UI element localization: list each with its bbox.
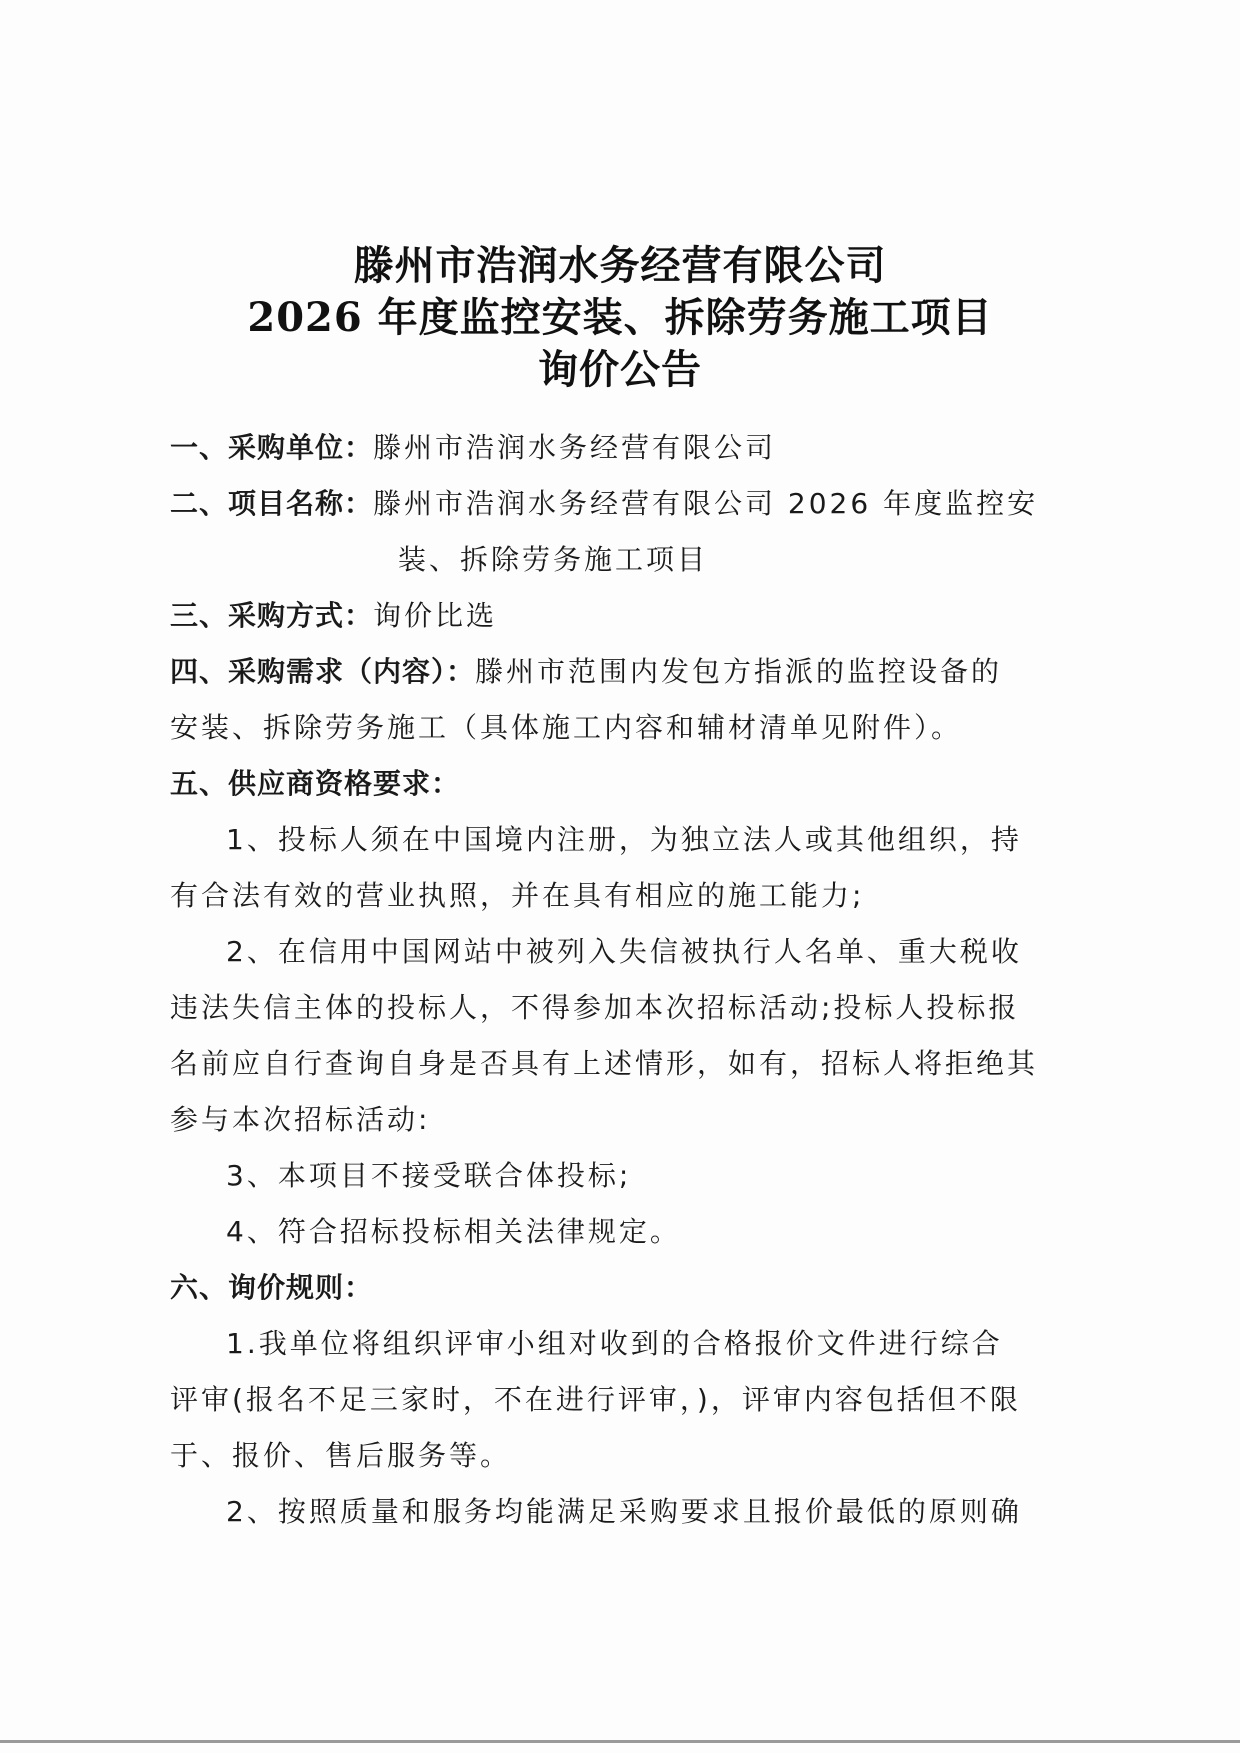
section-project-name: 二、项目名称：滕州市浩润水务经营有限公司 2026 年度监控安	[170, 476, 1070, 532]
section-heading-qualifications: 五、供应商资格要求：	[170, 756, 1070, 812]
section-heading-rules: 六、询价规则：	[170, 1260, 1070, 1316]
section-heading: 一、采购单位：	[170, 431, 373, 464]
section-text: 滕州市浩润水务经营有限公司	[373, 431, 776, 464]
list-item-continued: 名前应自行查询自身是否具有上述情形，如有，招标人将拒绝其	[170, 1036, 1070, 1092]
list-item: 2、按照质量和服务均能满足采购要求且报价最低的原则确	[170, 1484, 1070, 1540]
list-item: 1.我单位将组织评审小组对收到的合格报价文件进行综合	[170, 1316, 1070, 1372]
section-method: 三、采购方式：询价比选	[170, 588, 1070, 644]
list-item: 4、符合招标投标相关法律规定。	[170, 1204, 1070, 1260]
section-heading: 四、采购需求（内容）：	[170, 655, 475, 688]
list-item: 2、在信用中国网站中被列入失信被执行人名单、重大税收	[170, 924, 1070, 980]
section-heading: 三、采购方式：	[170, 599, 373, 632]
section-text: 滕州市浩润水务经营有限公司 2026 年度监控安	[373, 487, 1038, 520]
title-notice: 询价公告	[0, 344, 1240, 396]
section-heading: 二、项目名称：	[170, 487, 373, 520]
list-item-continued: 评审(报名不足三家时，不在进行评审，)，评审内容包括但不限	[170, 1372, 1070, 1428]
section-text: 询价比选	[373, 599, 497, 632]
section-text: 滕州市范围内发包方指派的监控设备的	[475, 655, 1002, 688]
list-item-continued: 于、报价、售后服务等。	[170, 1428, 1070, 1484]
list-item: 1、投标人须在中国境内注册，为独立法人或其他组织，持	[170, 812, 1070, 868]
list-item-continued: 违法失信主体的投标人，不得参加本次招标活动;投标人投标报	[170, 980, 1070, 1036]
section-purchaser: 一、采购单位：滕州市浩润水务经营有限公司	[170, 420, 1070, 476]
list-item-continued: 参与本次招标活动:	[170, 1092, 1070, 1148]
title-project: 2026 年度监控安装、拆除劳务施工项目	[0, 292, 1240, 344]
section-requirements: 四、采购需求（内容）：滕州市范围内发包方指派的监控设备的	[170, 644, 1070, 700]
document-title: 滕州市浩润水务经营有限公司 2026 年度监控安装、拆除劳务施工项目 询价公告	[0, 240, 1240, 396]
section-text-continued: 装、拆除劳务施工项目	[170, 532, 1070, 588]
document-body: 一、采购单位：滕州市浩润水务经营有限公司 二、项目名称：滕州市浩润水务经营有限公…	[170, 420, 1070, 1540]
section-text-continued: 安装、拆除劳务施工（具体施工内容和辅材清单见附件）。	[170, 700, 1070, 756]
list-item-continued: 有合法有效的营业执照，并在具有相应的施工能力;	[170, 868, 1070, 924]
document-page: 滕州市浩润水务经营有限公司 2026 年度监控安装、拆除劳务施工项目 询价公告 …	[0, 0, 1240, 1753]
list-item: 3、本项目不接受联合体投标;	[170, 1148, 1070, 1204]
title-company: 滕州市浩润水务经营有限公司	[0, 240, 1240, 292]
scan-edge-line	[0, 1740, 1240, 1743]
